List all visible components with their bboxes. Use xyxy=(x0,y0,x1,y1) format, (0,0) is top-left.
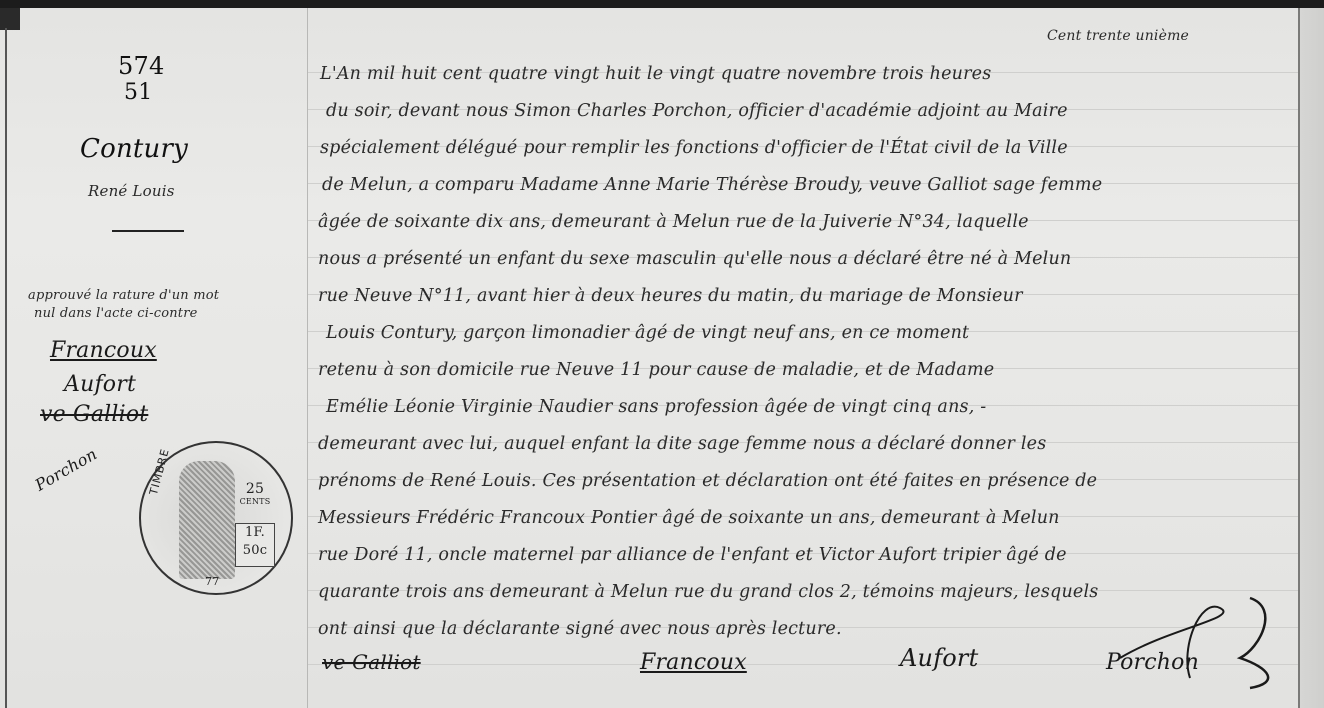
body-line-10: Emélie Léonie Virginie Naudier sans prof… xyxy=(326,397,986,417)
stamp-department: 77 xyxy=(205,575,219,588)
signature-galliot: ve Galliot xyxy=(322,650,421,674)
body-line-15: quarante trois ans demeurant à Melun rue… xyxy=(318,582,1098,602)
act-number: 574 xyxy=(118,52,164,80)
margin-separator xyxy=(112,230,184,232)
margin-surname: Contury xyxy=(80,134,188,164)
margin-signature-porchon: Porchon xyxy=(32,444,100,494)
body-line-6: nous a présenté un enfant du sexe mascul… xyxy=(318,249,1071,269)
body-line-7: rue Neuve N°11, avant hier à deux heures… xyxy=(318,286,1023,306)
margin-rule-line xyxy=(307,8,308,708)
body-line-14: rue Doré 11, oncle maternel par alliance… xyxy=(318,545,1067,565)
stamp-value-top-amount: 25 xyxy=(246,481,264,497)
body-line-13: Messieurs Frédéric Francoux Pontier âgé … xyxy=(318,508,1060,528)
approval-note-line-2: nul dans l'acte ci-contre xyxy=(34,306,198,321)
body-line-8: Louis Contury, garçon limonadier âgé de … xyxy=(326,323,969,343)
register-page: 574 51 Contury René Louis approuvé la ra… xyxy=(0,8,1324,708)
stamp-word: TIMBRE xyxy=(147,447,172,496)
body-line-12: prénoms de René Louis. Ces présentation … xyxy=(318,471,1097,491)
margin-signature-francoux: Francoux xyxy=(50,338,157,363)
margin-signature-aufort: Aufort xyxy=(64,372,136,397)
stamp-value-bottom: 1F. 50c xyxy=(235,523,275,567)
signature-aufort: Aufort xyxy=(900,644,978,672)
stamp-value-bottom-line-1: 1F. xyxy=(236,524,274,542)
body-line-16: ont ainsi que la déclarante signé avec n… xyxy=(318,619,842,639)
body-line-11: demeurant avec lui, auquel enfant la dit… xyxy=(318,434,1046,454)
stamp-value-bottom-line-2: 50c xyxy=(236,542,274,560)
margin-given-names: René Louis xyxy=(88,182,175,200)
margin-signature-galliot: ve Galliot xyxy=(40,402,148,427)
body-line-4: de Melun, a comparu Madame Anne Marie Th… xyxy=(322,175,1102,195)
signature-francoux: Francoux xyxy=(640,650,747,675)
page-right-edge xyxy=(1298,8,1324,708)
act-sub-number: 51 xyxy=(124,80,152,105)
body-line-9: retenu à son domicile rue Neuve 11 pour … xyxy=(318,360,994,380)
body-line-1: L'An mil huit cent quatre vingt huit le … xyxy=(320,64,991,84)
stamp-value-top-unit: CENTS xyxy=(235,497,275,506)
body-line-2: du soir, devant nous Simon Charles Porch… xyxy=(326,101,1068,121)
viewer-top-bar xyxy=(0,0,1324,8)
tax-stamp: TIMBRE 25 CENTS 1F. 50c 77 xyxy=(139,441,293,595)
approval-note-line-1: approuvé la rature d'un mot xyxy=(28,288,219,303)
register-count-note: Cent trente unième xyxy=(1047,28,1189,44)
body-line-5: âgée de soixante dix ans, demeurant à Me… xyxy=(318,212,1029,232)
stamp-figure-justice-icon xyxy=(179,461,235,579)
signature-flourish-icon xyxy=(1090,588,1290,698)
body-line-3: spécialement délégué pour remplir les fo… xyxy=(320,138,1068,158)
stamp-value-top: 25 CENTS xyxy=(235,481,275,517)
margin-column: 574 51 Contury René Louis approuvé la ra… xyxy=(0,8,307,708)
